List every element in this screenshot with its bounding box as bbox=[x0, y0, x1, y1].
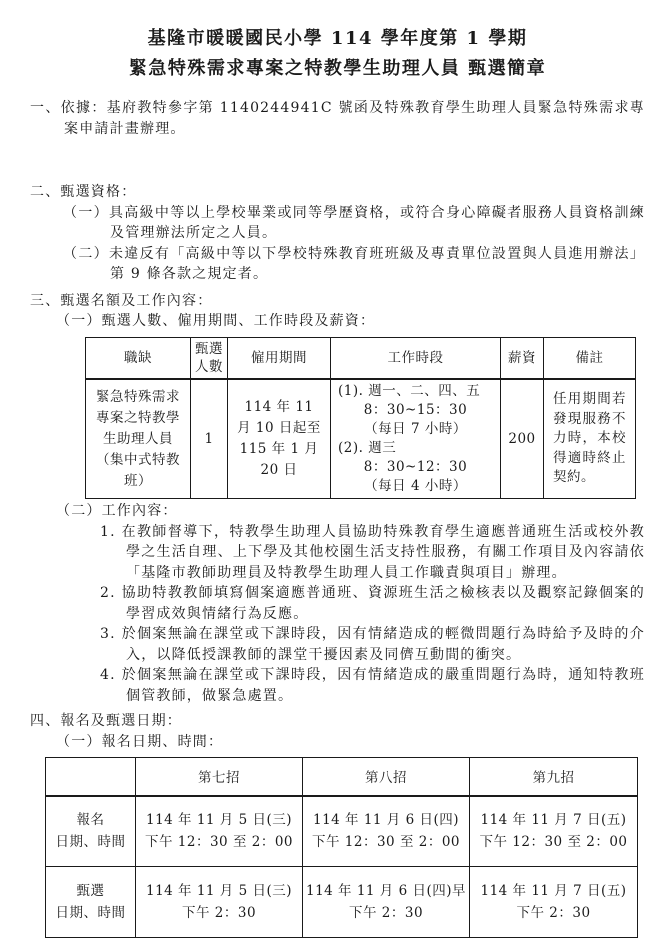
registration-round7-time: 下午 12：30 至 2：00 bbox=[138, 831, 300, 853]
duty-item-2: 2. 協助特教教師填寫個案適應普通班、資源班生活之檢核表以及觀察記錄個案的學習成… bbox=[100, 583, 645, 624]
registration-round8-cell: 114 年 11 月 6 日(四) 下午 12：30 至 2：00 bbox=[303, 796, 470, 867]
dates-table-header-row: 第七招 第八招 第九招 bbox=[46, 758, 638, 796]
quota-cell-remark: 任用期間若發現服務不力時，本校得適時終止契約。 bbox=[544, 379, 636, 499]
duty-item-3-text: 於個案無論在課堂或下課時段，因有情緒造成的輕微問題行為時給予及時的介入，以降低授… bbox=[122, 626, 645, 663]
duty-item-3: 3. 於個案無論在課堂或下課時段，因有情緒造成的輕微問題行為時給予及時的介入，以… bbox=[100, 624, 645, 665]
quota-header-position: 職缺 bbox=[86, 337, 191, 379]
quota-table-header-row: 職缺 甄選 人數 僱用期間 工作時段 薪資 備註 bbox=[86, 337, 636, 379]
selection-round7-time: 下午 2：30 bbox=[138, 902, 300, 924]
registration-round9-date: 114 年 11 月 7 日(五) bbox=[472, 809, 635, 831]
registration-label-line2: 日期、時間 bbox=[48, 831, 133, 853]
registration-row-label: 報名 日期、時間 bbox=[46, 796, 136, 867]
registration-round7-date: 114 年 11 月 5 日(三) bbox=[138, 809, 300, 831]
duties-label: （二） bbox=[56, 503, 102, 519]
quota-header-remark: 備註 bbox=[544, 337, 636, 379]
duty-item-4: 4. 於個案無論在課堂或下課時段，因有情緒造成的嚴重問題行為時，通知特教班個管教… bbox=[100, 665, 645, 706]
registration-round8-date: 114 年 11 月 6 日(四) bbox=[305, 809, 467, 831]
selection-round9-cell: 114 年 11 月 7 日(五) 下午 2：30 bbox=[470, 867, 638, 938]
schedule-line-3: （每日 7 小時） bbox=[333, 420, 498, 439]
duties-heading: （二）工作內容： bbox=[56, 501, 645, 522]
schedule-line-5: 8：30~12：30 bbox=[333, 458, 498, 477]
registration-round9-time: 下午 12：30 至 2：00 bbox=[472, 831, 635, 853]
quota-cell-count: 1 bbox=[191, 379, 228, 499]
section-basis: 一、依據：基府教特參字第 1140244941C 號函及特殊教育學生助理人員緊急… bbox=[30, 98, 645, 139]
duties-heading-text: 工作內容： bbox=[102, 503, 178, 519]
quota-table: 職缺 甄選 人數 僱用期間 工作時段 薪資 備註 緊急特殊需求專案之特教學生助理… bbox=[85, 337, 636, 500]
duty-item-3-num: 3. bbox=[100, 626, 116, 642]
dates-header-round9: 第九招 bbox=[470, 758, 638, 796]
quota-cell-period: 114 年 11 月 10 日起至 115 年 1 月 20 日 bbox=[228, 379, 331, 499]
duty-item-4-num: 4. bbox=[100, 667, 116, 683]
quota-cell-schedule: (1). 週一、二、四、五 8：30~15：30 （每日 7 小時） (2). … bbox=[331, 379, 501, 499]
schedule-line-6: （每日 4 小時） bbox=[333, 477, 498, 496]
section-quota-heading-text: 甄選名額及工作內容： bbox=[60, 293, 212, 309]
section-basis-label: 一、 bbox=[30, 100, 61, 116]
qualification-item-1-label: （一） bbox=[63, 205, 109, 221]
dates-sub-label: （一） bbox=[56, 734, 102, 750]
registration-round7-cell: 114 年 11 月 5 日(三) 下午 12：30 至 2：00 bbox=[136, 796, 303, 867]
selection-row-label: 甄選 日期、時間 bbox=[46, 867, 136, 938]
quota-sub-heading: （一）甄選人數、僱用期間、工作時段及薪資： bbox=[56, 311, 645, 332]
section-dates-heading-text: 報名及甄選日期： bbox=[60, 713, 182, 729]
quota-cell-position: 緊急特殊需求專案之特教學生助理人員（集中式特教班） bbox=[86, 379, 191, 499]
schedule-line-1: (1). 週一、二、四、五 bbox=[333, 382, 498, 401]
selection-round8-date: 114 年 11 月 6 日(四)早 bbox=[305, 880, 467, 902]
selection-row: 甄選 日期、時間 114 年 11 月 5 日(三) 下午 2：30 114 年… bbox=[46, 867, 638, 938]
selection-round8-time: 下午 2：30 bbox=[305, 902, 467, 924]
dates-sub-heading: （一）報名日期、時間： bbox=[56, 732, 645, 753]
quota-header-period: 僱用期間 bbox=[228, 337, 331, 379]
schedule-line-4: (2). 週三 bbox=[333, 439, 498, 458]
quota-table-data-row: 緊急特殊需求專案之特教學生助理人員（集中式特教班） 1 114 年 11 月 1… bbox=[86, 379, 636, 499]
duty-item-2-text: 協助特教教師填寫個案適應普通班、資源班生活之檢核表以及觀察記錄個案的學習成效與情… bbox=[122, 585, 645, 622]
selection-label-line2: 日期、時間 bbox=[48, 902, 133, 924]
selection-label-line1: 甄選 bbox=[48, 880, 133, 902]
duty-item-1-text: 在教師督導下，特教學生助理人員協助特殊教育學生適應普通班生活或校外教學之生活自理… bbox=[122, 524, 645, 581]
quota-header-salary: 薪資 bbox=[501, 337, 544, 379]
schedule-line-2: 8：30~15：30 bbox=[333, 401, 498, 420]
dates-corner-cell bbox=[46, 758, 136, 796]
section-qualification-label: 二、 bbox=[30, 184, 60, 200]
registration-round9-cell: 114 年 11 月 7 日(五) 下午 12：30 至 2：00 bbox=[470, 796, 638, 867]
dates-header-round8: 第八招 bbox=[303, 758, 470, 796]
dates-table: 第七招 第八招 第九招 報名 日期、時間 114 年 11 月 5 日(三) 下… bbox=[45, 757, 638, 938]
duty-item-2-num: 2. bbox=[100, 585, 116, 601]
qualification-item-2: （二）未違反有「高級中等以下學校特殊教育班班級及專責單位設置與人員進用辦法」第 … bbox=[63, 244, 645, 285]
quota-sub-label: （一） bbox=[56, 313, 102, 329]
registration-round8-time: 下午 12：30 至 2：00 bbox=[305, 831, 467, 853]
document-page: 基隆市暖暖國民小學 114 學年度第 1 學期 緊急特殊需求專案之特教學生助理人… bbox=[0, 0, 671, 939]
section-quota-heading: 三、甄選名額及工作內容： bbox=[30, 291, 645, 312]
dates-sub-text: 報名日期、時間： bbox=[102, 734, 224, 750]
selection-round7-cell: 114 年 11 月 5 日(三) 下午 2：30 bbox=[136, 867, 303, 938]
dates-header-round7: 第七招 bbox=[136, 758, 303, 796]
selection-round7-date: 114 年 11 月 5 日(三) bbox=[138, 880, 300, 902]
qualification-item-1: （一）具高級中等以上學校畢業或同等學歷資格，或符合身心障礙者服務人員資格訓練及管… bbox=[63, 203, 645, 244]
registration-row: 報名 日期、時間 114 年 11 月 5 日(三) 下午 12：30 至 2：… bbox=[46, 796, 638, 867]
qualification-item-2-text: 未違反有「高級中等以下學校特殊教育班班級及專責單位設置與人員進用辦法」第 9 條… bbox=[109, 246, 645, 283]
duty-item-1-num: 1. bbox=[100, 524, 116, 540]
document-title-line1: 基隆市暖暖國民小學 114 學年度第 1 學期 bbox=[30, 24, 645, 54]
qualification-item-2-label: （二） bbox=[63, 246, 109, 262]
section-dates-label: 四、 bbox=[30, 713, 60, 729]
section-dates-heading: 四、報名及甄選日期： bbox=[30, 711, 645, 732]
quota-cell-salary: 200 bbox=[501, 379, 544, 499]
selection-round9-date: 114 年 11 月 7 日(五) bbox=[472, 880, 635, 902]
section-qualification-heading: 二、甄選資格： bbox=[30, 182, 645, 203]
section-qualification-heading-text: 甄選資格： bbox=[60, 184, 136, 200]
quota-sub-text: 甄選人數、僱用期間、工作時段及薪資： bbox=[102, 313, 376, 329]
registration-label-line1: 報名 bbox=[48, 809, 133, 831]
selection-round8-cell: 114 年 11 月 6 日(四)早 下午 2：30 bbox=[303, 867, 470, 938]
selection-round9-time: 下午 2：30 bbox=[472, 902, 635, 924]
duty-item-4-text: 於個案無論在課堂或下課時段，因有情緒造成的嚴重問題行為時，通知特教班個管教師，做… bbox=[122, 667, 645, 704]
document-title-line2: 緊急特殊需求專案之特教學生助理人員 甄選簡章 bbox=[30, 54, 645, 84]
qualification-item-1-text: 具高級中等以上學校畢業或同等學歷資格，或符合身心障礙者服務人員資格訓練及管理辦法… bbox=[109, 205, 645, 242]
duty-item-1: 1. 在教師督導下，特教學生助理人員協助特殊教育學生適應普通班生活或校外教學之生… bbox=[100, 522, 645, 584]
section-basis-text: 依據：基府教特參字第 1140244941C 號函及特殊教育學生助理人員緊急特殊… bbox=[61, 100, 645, 137]
section-quota-label: 三、 bbox=[30, 293, 60, 309]
quota-header-schedule: 工作時段 bbox=[331, 337, 501, 379]
quota-header-count: 甄選 人數 bbox=[191, 337, 228, 379]
